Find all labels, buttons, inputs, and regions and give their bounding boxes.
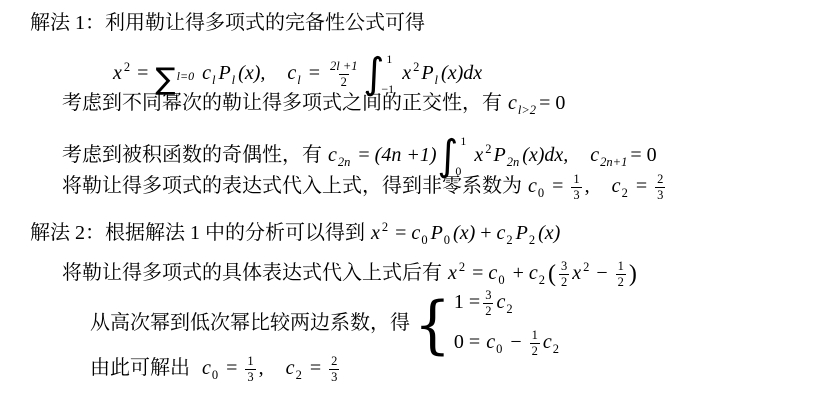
equation-row: 1 =32c2 [454, 288, 562, 321]
operator: = [310, 357, 321, 379]
compare-line: 从高次幂到低次幂比较两边系数，得{1 =32c20 =c0−12c2 [90, 288, 562, 361]
var: x [572, 262, 581, 284]
subscript: 0 [496, 342, 502, 356]
fraction: 23 [329, 354, 339, 385]
equation-row: 0 =c0−12c2 [454, 328, 562, 361]
operator: = [226, 357, 237, 379]
fraction: 32 [483, 288, 493, 319]
coefficients-text: 将勒让得多项式的表达式代入上式，得到非零系数为 [62, 175, 522, 197]
var: c [202, 62, 211, 84]
operator: − [510, 331, 521, 353]
superscript: 2 [485, 142, 491, 156]
subscript: l [435, 73, 438, 87]
method1-intro: 利用勒让得多项式的完备性公式可得 [105, 12, 425, 34]
substitute-text: 将勒让得多项式的具体表达式代入上式后有 [62, 262, 442, 284]
method2-intro: 根据解法 1 中的分析可以得到 [105, 222, 365, 244]
operator: = [636, 175, 647, 197]
fraction: 13 [245, 354, 255, 385]
compare-text: 从高次幂到低次幂比较两边系数，得 [90, 312, 410, 334]
open-paren: ( [548, 261, 556, 287]
subscript: 2n [338, 155, 351, 169]
var: c [486, 331, 495, 353]
denominator: 2 [616, 274, 626, 290]
subscript: 2 [506, 233, 512, 247]
numerator: 3 [483, 288, 493, 303]
fraction: 13 [571, 172, 581, 203]
denominator: 2 [483, 303, 493, 319]
fraction: 12 [530, 328, 540, 359]
denominator: 3 [245, 369, 255, 385]
operator: + [513, 262, 524, 284]
argument: (x) [538, 222, 560, 244]
document-page: 解法 1：利用勒让得多项式的完备性公式可得 x2=∑l=0clPl(x),cl=… [0, 0, 840, 396]
argument: (x)dx [441, 62, 482, 84]
comma: , [585, 175, 590, 197]
var: c [328, 144, 337, 166]
var: c [411, 222, 420, 244]
subscript: 2 [553, 342, 559, 356]
argument: (x) [453, 222, 475, 244]
integral-upper-limit: 1 [460, 135, 466, 147]
var: P [218, 62, 230, 84]
subscript: 2n [507, 155, 520, 169]
var: x [474, 144, 483, 166]
var: c [508, 92, 517, 114]
parity-text: 考虑到被积函数的奇偶性，有 [62, 144, 322, 166]
var: c [529, 262, 538, 284]
numerator: 1 [530, 328, 540, 343]
superscript: 2 [459, 260, 465, 274]
argument: (x), [238, 62, 265, 84]
equation-rhs: = 0 [630, 144, 656, 166]
numerator: 2 [655, 172, 665, 187]
var: c [287, 62, 296, 84]
var: P [421, 62, 433, 84]
fraction: 32 [559, 259, 569, 290]
operator: = [552, 175, 563, 197]
method1-heading-line: 解法 1：利用勒让得多项式的完备性公式可得 [30, 8, 425, 38]
numerator: 2l +1 [328, 59, 360, 74]
subscript: l [297, 73, 300, 87]
var: c [590, 144, 599, 166]
var: x [402, 62, 411, 84]
denominator: 3 [655, 187, 665, 203]
coefficients-line: 将勒让得多项式的表达式代入上式，得到非零系数为c0=13,c2=23 [62, 171, 668, 208]
operator: + [480, 222, 491, 244]
equation-system: {1 =32c20 =c0−12c2 [414, 288, 562, 361]
numerator: 1 [616, 259, 626, 274]
method2-heading-line: 解法 2：根据解法 1 中的分析可以得到x2=c0P0(x)+c2P2(x) [30, 212, 560, 255]
result-line: 由此可解出c0=13,c2=23 [90, 353, 342, 390]
var: c [286, 357, 295, 379]
subscript: 0 [498, 273, 504, 287]
equation-rhs: = 0 [539, 92, 565, 114]
subscript: 2 [296, 368, 302, 382]
var: c [612, 175, 621, 197]
var: x [371, 222, 380, 244]
subscript: 2 [539, 273, 545, 287]
numerator: 1 [571, 172, 581, 187]
subscript: l>2 [518, 103, 536, 117]
left-brace: { [414, 293, 451, 356]
operator: = [358, 144, 369, 166]
equation-lhs: 1 = [454, 291, 480, 313]
orthogonality-text: 考虑到不同幂次的勒让得多项式之间的正交性，有 [62, 92, 502, 114]
var: P [516, 222, 528, 244]
subscript: 0 [538, 186, 544, 200]
subscript: 2 [506, 302, 512, 316]
fraction: 23 [655, 172, 665, 203]
denominator: 3 [329, 369, 339, 385]
denominator: 3 [571, 187, 581, 203]
subscript: 0 [212, 368, 218, 382]
var: c [488, 262, 497, 284]
superscript: 2 [413, 60, 419, 74]
operator: = [309, 62, 320, 84]
method1-label: 解法 1： [30, 12, 105, 34]
superscript: 2 [583, 260, 589, 274]
superscript: 2 [382, 220, 388, 234]
orthogonality-line: 考虑到不同幂次的勒让得多项式之间的正交性，有cl>2= 0 [62, 88, 565, 125]
var: P [493, 144, 505, 166]
numerator: 3 [559, 259, 569, 274]
denominator: 2 [530, 343, 540, 359]
operator: = [137, 62, 148, 84]
comma: , [259, 357, 264, 379]
operator: = [395, 222, 406, 244]
subscript: 2 [529, 233, 535, 247]
var: c [543, 331, 552, 353]
superscript: 2 [124, 60, 130, 74]
var: c [496, 291, 505, 313]
fraction: 12 [616, 259, 626, 290]
method2-label: 解法 2： [30, 222, 105, 244]
var: P [431, 222, 443, 244]
subscript: 2 [622, 186, 628, 200]
result-text: 由此可解出 [90, 357, 190, 379]
equation-lhs: 0 = [454, 331, 480, 353]
integral-upper-limit: 1 [386, 53, 394, 65]
argument: (x)dx, [522, 144, 568, 166]
fraction: 2l +12 [328, 59, 360, 90]
var: c [528, 175, 537, 197]
subscript: l [212, 73, 215, 87]
operator: − [596, 262, 607, 284]
close-paren: ) [629, 261, 637, 287]
subscript: l [232, 73, 235, 87]
var: x [113, 62, 122, 84]
subscript: 0 [421, 233, 427, 247]
var: x [448, 262, 457, 284]
numerator: 1 [245, 354, 255, 369]
var: c [497, 222, 506, 244]
integral-sign: ∫ [438, 138, 459, 176]
var: c [202, 357, 211, 379]
coefficient: (4n +1) [375, 144, 437, 166]
numerator: 2 [329, 354, 339, 369]
subscript: 2n+1 [600, 155, 627, 169]
subscript: 0 [444, 233, 450, 247]
operator: = [472, 262, 483, 284]
